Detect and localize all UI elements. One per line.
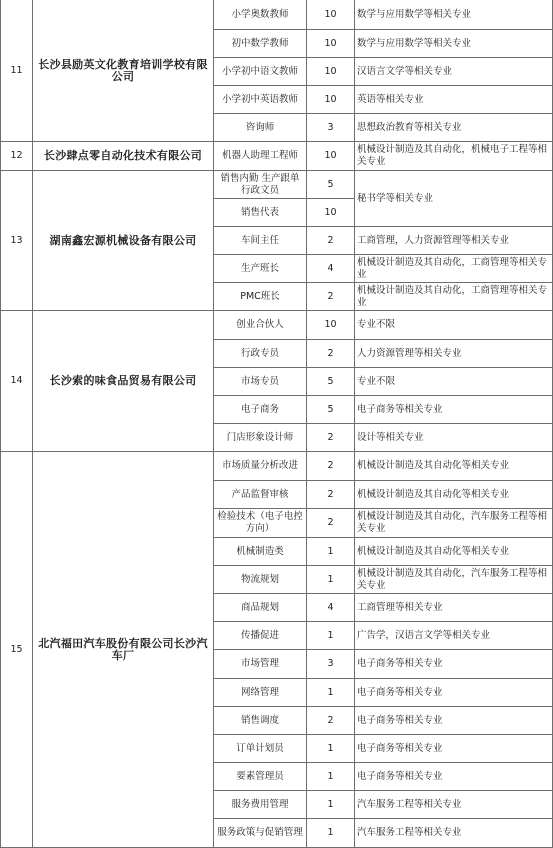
position-major: 机械设计制造及其自动化等相关专业 xyxy=(355,452,553,481)
position-major: 专业不限 xyxy=(355,368,553,396)
position-title: 行政专员 xyxy=(214,340,307,368)
position-major: 数学与应用数学等相关专业 xyxy=(355,30,553,58)
position-major: 汽车服务工程等相关专业 xyxy=(355,819,553,848)
position-title: 机械制造类 xyxy=(214,538,307,566)
position-count: 10 xyxy=(307,30,355,58)
position-title: 网络管理 xyxy=(214,679,307,707)
position-count: 1 xyxy=(307,791,355,819)
company-number: 12 xyxy=(1,142,33,171)
position-major: 数学与应用数学等相关专业 xyxy=(355,0,553,30)
company-name: 北汽福田汽车股份有限公司长沙汽车厂 xyxy=(33,452,214,848)
company-name: 长沙县励英文化教育培训学校有限公司 xyxy=(33,0,214,142)
position-major: 广告学，汉语言文学等相关专业 xyxy=(355,622,553,650)
position-count: 10 xyxy=(307,86,355,114)
position-count: 3 xyxy=(307,114,355,142)
company-number: 14 xyxy=(1,311,33,452)
position-major: 机械设计制造及其自动化，汽车服务工程等相关专业 xyxy=(355,566,553,594)
position-title: 市场专员 xyxy=(214,368,307,396)
company-number: 15 xyxy=(1,452,33,848)
position-major: 电子商务等相关专业 xyxy=(355,763,553,791)
position-major: 英语等相关专业 xyxy=(355,86,553,114)
position-major: 思想政治教育等相关专业 xyxy=(355,114,553,142)
position-count: 10 xyxy=(307,142,355,171)
position-count: 1 xyxy=(307,819,355,848)
position-title: 销售调度 xyxy=(214,707,307,735)
table-row: 12 长沙肆点零自动化技术有限公司 机器人助理工程师 10 机械设计制造及其自动… xyxy=(1,142,553,171)
position-title: 车间主任 xyxy=(214,227,307,255)
position-major: 人力资源管理等相关专业 xyxy=(355,340,553,368)
position-count: 2 xyxy=(307,340,355,368)
position-title: 市场管理 xyxy=(214,650,307,679)
table-row: 15 北汽福田汽车股份有限公司长沙汽车厂 市场质量分析改进 2 机械设计制造及其… xyxy=(1,452,553,481)
position-title: 创业合伙人 xyxy=(214,311,307,340)
position-count: 1 xyxy=(307,763,355,791)
position-major: 机械设计制造及其自动化，工商管理等相关专业 xyxy=(355,255,553,283)
position-major: 电子商务等相关专业 xyxy=(355,396,553,424)
position-major: 电子商务等相关专业 xyxy=(355,735,553,763)
position-major: 汉语言文学等相关专业 xyxy=(355,58,553,86)
position-title: 咨询师 xyxy=(214,114,307,142)
position-title: 生产班长 xyxy=(214,255,307,283)
position-title: 检验技术（电子电控方向） xyxy=(214,509,307,538)
company-name: 湖南鑫宏源机械设备有限公司 xyxy=(33,171,214,311)
position-count: 5 xyxy=(307,368,355,396)
position-count: 1 xyxy=(307,735,355,763)
position-major: 秘书学等相关专业 xyxy=(355,171,553,227)
position-title: 物流规划 xyxy=(214,566,307,594)
position-title: 商品规划 xyxy=(214,594,307,622)
job-listing-table: 11 长沙县励英文化教育培训学校有限公司 小学奥数教师 10 数学与应用数学等相… xyxy=(0,0,553,848)
position-count: 1 xyxy=(307,622,355,650)
position-count: 5 xyxy=(307,396,355,424)
position-title: 门店形象设计师 xyxy=(214,424,307,452)
position-major: 机械设计制造及其自动化，工商管理等相关专业 xyxy=(355,283,553,311)
position-count: 10 xyxy=(307,311,355,340)
position-major: 电子商务等相关专业 xyxy=(355,707,553,735)
position-major: 电子商务等相关专业 xyxy=(355,679,553,707)
position-count: 4 xyxy=(307,594,355,622)
position-title: 市场质量分析改进 xyxy=(214,452,307,481)
company-number: 11 xyxy=(1,0,33,142)
position-count: 2 xyxy=(307,283,355,311)
company-name: 长沙肆点零自动化技术有限公司 xyxy=(33,142,214,171)
position-title: 服务政策与促销管理 xyxy=(214,819,307,848)
position-count: 5 xyxy=(307,171,355,199)
position-major: 工商管理，人力资源管理等相关专业 xyxy=(355,227,553,255)
position-title: 初中数学教师 xyxy=(214,30,307,58)
position-title: 电子商务 xyxy=(214,396,307,424)
company-name: 长沙索的味食品贸易有限公司 xyxy=(33,311,214,452)
position-count: 1 xyxy=(307,538,355,566)
position-count: 2 xyxy=(307,707,355,735)
position-count: 1 xyxy=(307,679,355,707)
position-count: 2 xyxy=(307,424,355,452)
table-row: 14 长沙索的味食品贸易有限公司 创业合伙人 10 专业不限 xyxy=(1,311,553,340)
position-major: 设计等相关专业 xyxy=(355,424,553,452)
company-number: 13 xyxy=(1,171,33,311)
position-count: 10 xyxy=(307,0,355,30)
position-count: 3 xyxy=(307,650,355,679)
position-major: 汽车服务工程等相关专业 xyxy=(355,791,553,819)
position-count: 2 xyxy=(307,481,355,509)
position-title: 小学初中英语教师 xyxy=(214,86,307,114)
position-count: 1 xyxy=(307,566,355,594)
position-count: 4 xyxy=(307,255,355,283)
position-count: 10 xyxy=(307,199,355,227)
position-title: 销售代表 xyxy=(214,199,307,227)
position-count: 2 xyxy=(307,452,355,481)
position-major: 机械设计制造及其自动化，汽车服务工程等相关专业 xyxy=(355,509,553,538)
position-title: 订单计划员 xyxy=(214,735,307,763)
position-title: 小学奥数教师 xyxy=(214,0,307,30)
position-title: 传播促进 xyxy=(214,622,307,650)
position-major: 机械设计制造及其自动化等相关专业 xyxy=(355,538,553,566)
position-major: 电子商务等相关专业 xyxy=(355,650,553,679)
position-major: 机械设计制造及其自动化，机械电子工程等相关专业 xyxy=(355,142,553,171)
position-title: 机器人助理工程师 xyxy=(214,142,307,171)
position-title: 产品监督审核 xyxy=(214,481,307,509)
position-major: 工商管理等相关专业 xyxy=(355,594,553,622)
position-title: 服务费用管理 xyxy=(214,791,307,819)
position-title: 小学初中语文教师 xyxy=(214,58,307,86)
position-count: 10 xyxy=(307,58,355,86)
position-count: 2 xyxy=(307,509,355,538)
table-row: 11 长沙县励英文化教育培训学校有限公司 小学奥数教师 10 数学与应用数学等相… xyxy=(1,0,553,30)
position-major: 机械设计制造及其自动化等相关专业 xyxy=(355,481,553,509)
position-count: 2 xyxy=(307,227,355,255)
position-title: 要素管理员 xyxy=(214,763,307,791)
table-row: 13 湖南鑫宏源机械设备有限公司 销售内勤 生产跟单 行政文员 5 秘书学等相关… xyxy=(1,171,553,199)
position-title: PMC班长 xyxy=(214,283,307,311)
position-major: 专业不限 xyxy=(355,311,553,340)
position-title: 销售内勤 生产跟单 行政文员 xyxy=(214,171,307,199)
